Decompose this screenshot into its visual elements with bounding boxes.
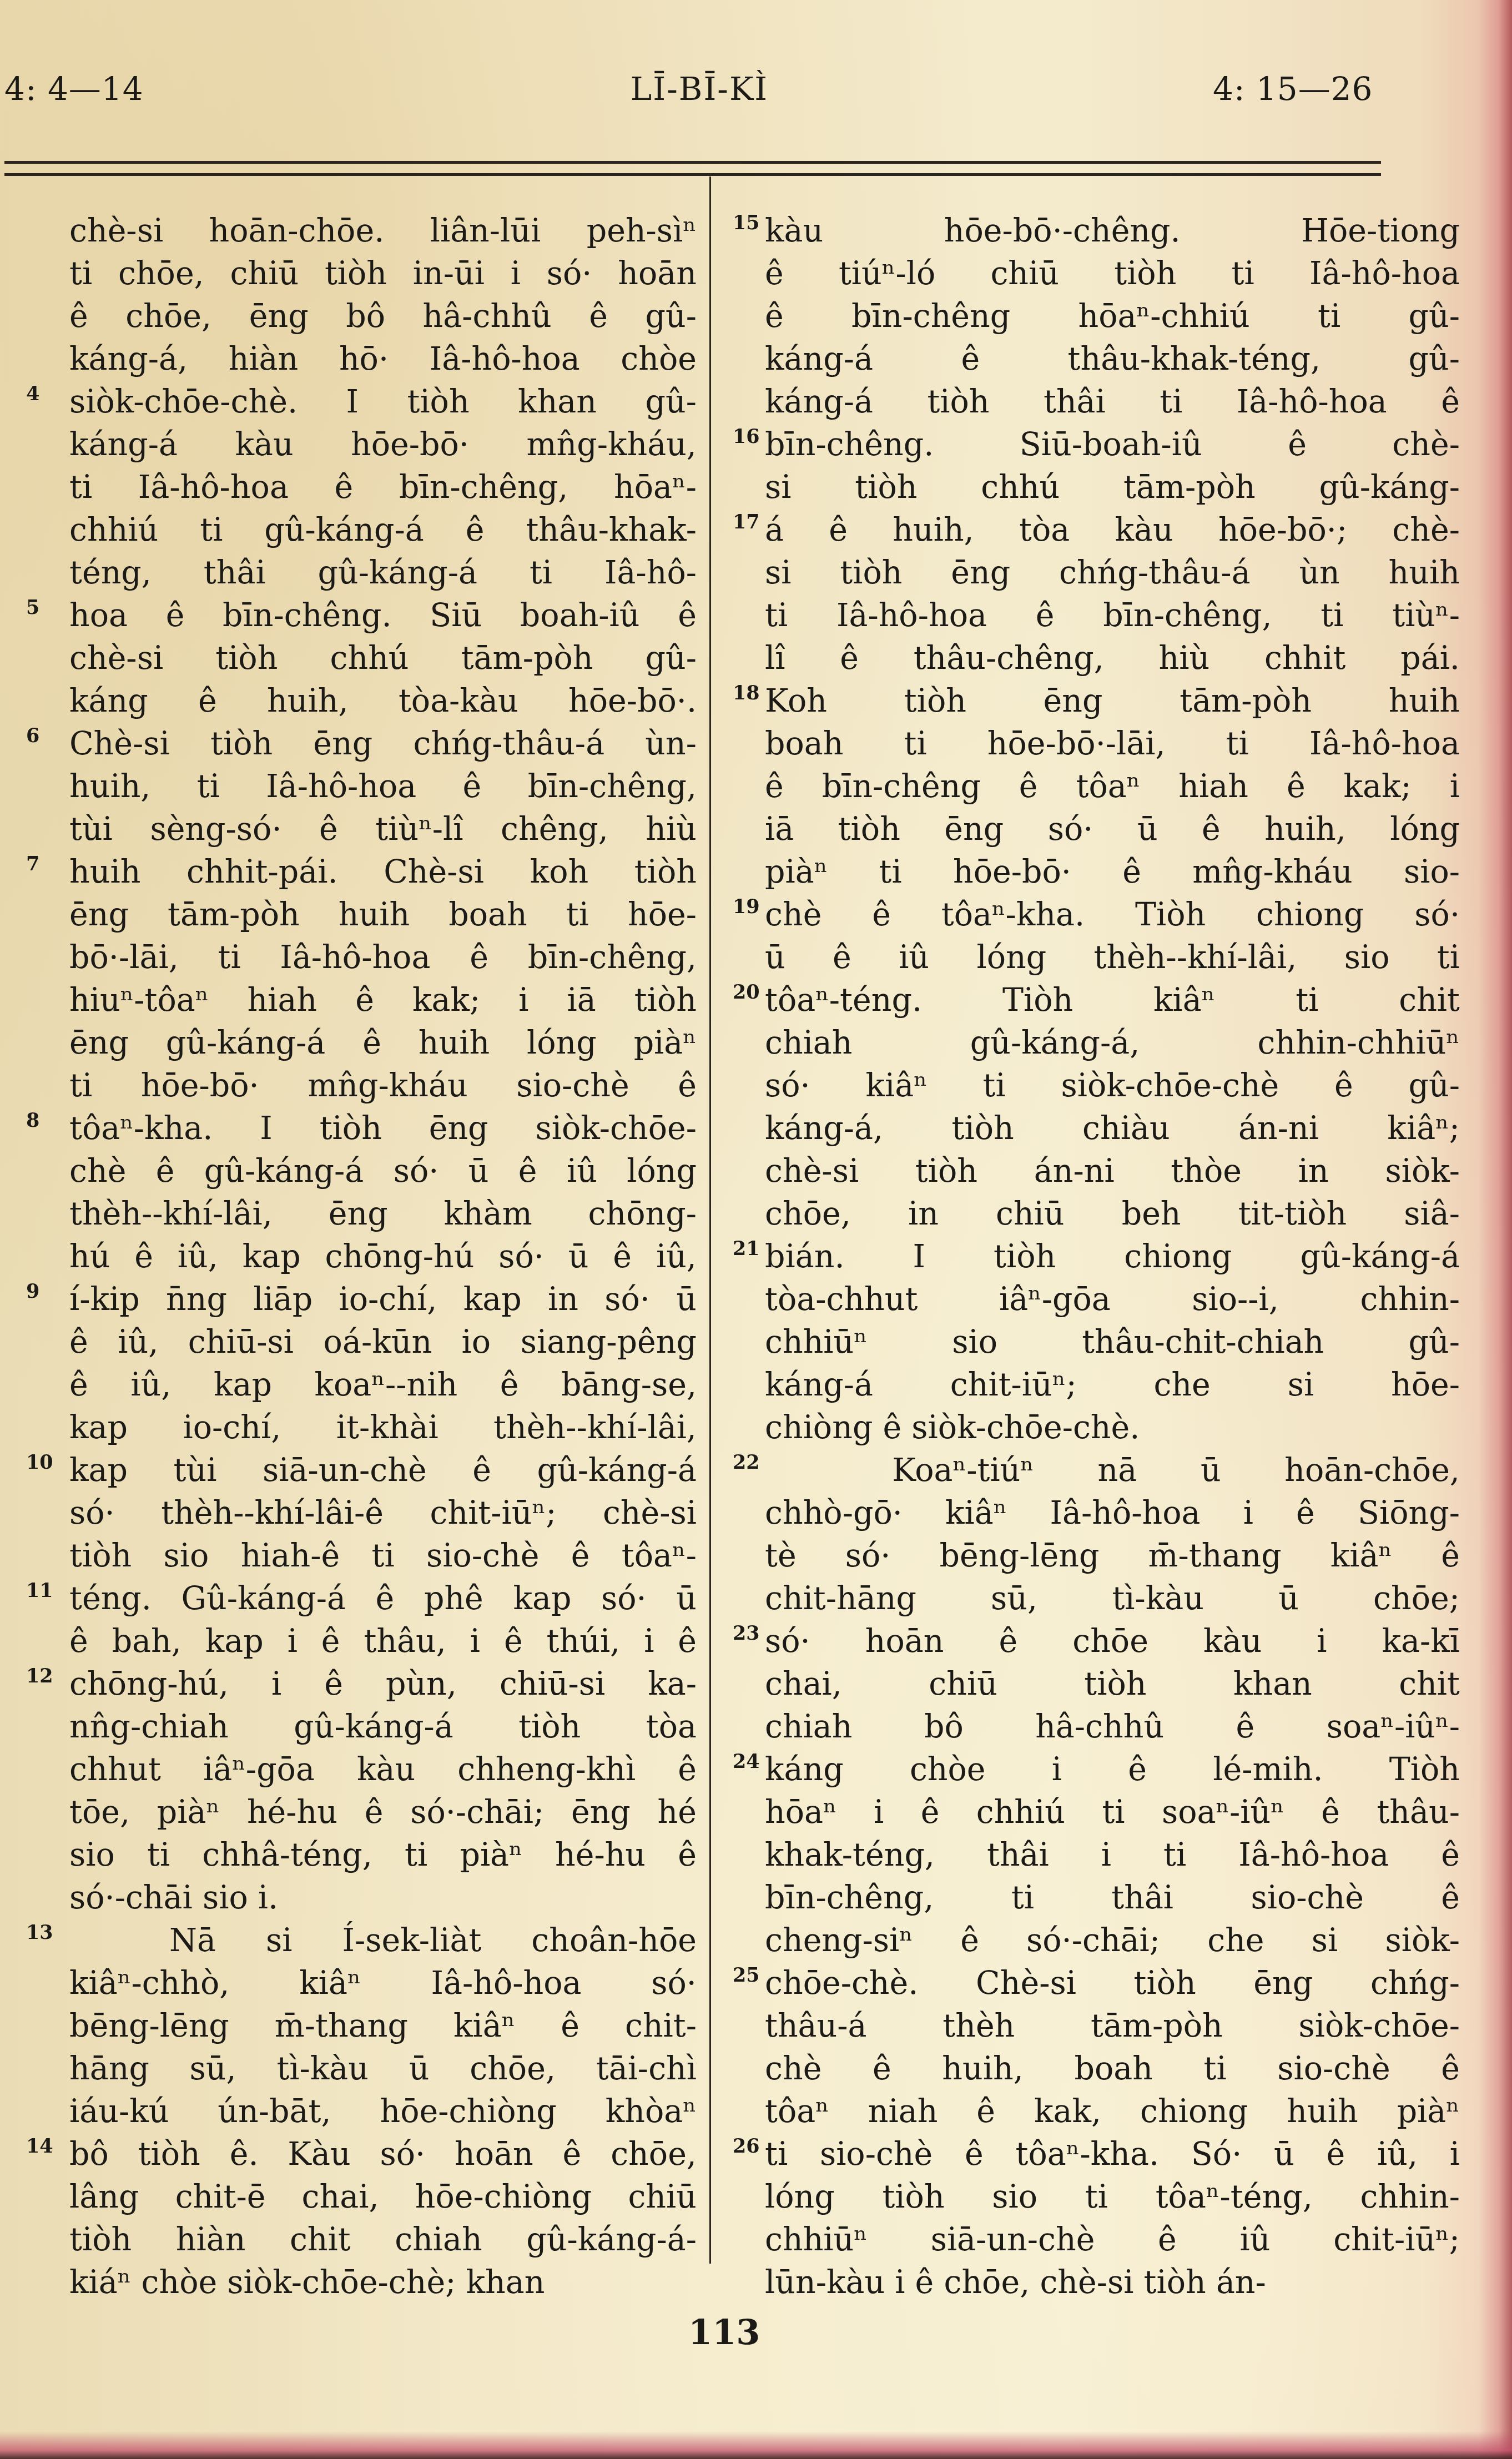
- verse-text: káng-á ê thâu-khak-téng, gû-: [765, 341, 1460, 377]
- text-line: tiòh hiàn chit chiah gû-káng-á-: [69, 2219, 697, 2261]
- verse-text: chhut iâⁿ-gōa kàu chheng-khì ê: [69, 1751, 697, 1788]
- verse-text: chōng-hú, i ê pùn, chiū-si ka-: [69, 1666, 697, 1702]
- page-edge-bottom: [0, 2431, 1512, 2459]
- verse-text: khak-téng, thâi i ti Iâ-hô-hoa ê: [765, 1837, 1460, 1873]
- verse-text: í-kip n̄ng liāp io-chí, kap in só· ū: [69, 1281, 697, 1318]
- verse-number: 12: [26, 1660, 53, 1693]
- verse-number: 17: [733, 506, 760, 539]
- text-line: káng-á chit-iūⁿ; che si hōe-: [765, 1364, 1460, 1407]
- text-line: tè só· bēng-lēng m̄-thang kiâⁿ ê: [765, 1535, 1460, 1578]
- verse-number: 24: [733, 1745, 760, 1778]
- verse-number: 25: [733, 1959, 760, 1992]
- verse-text: ê bīn-chêng hōaⁿ-chhiú ti gû-: [765, 298, 1460, 335]
- verse-text: só·-chāi sio i.: [69, 1879, 278, 1916]
- verse-text: iáu-kú ún-bāt, hōe-chiòng khòaⁿ: [69, 2093, 697, 2130]
- text-line: 10kap tùi siā-un-chè ê gû-káng-á: [69, 1449, 697, 1492]
- text-line: chè-si tiòh án-ni thòe in siòk-: [765, 1150, 1460, 1193]
- text-line: kiáⁿ chòe siòk-chōe-chè; khan: [69, 2261, 697, 2304]
- text-line: lóng tiòh sio ti tôaⁿ-téng, chhin-: [765, 2176, 1460, 2219]
- text-line: chiah gû-káng-á, chhin-chhiūⁿ: [765, 1022, 1460, 1065]
- text-line: tùi sèng-só· ê tiùⁿ-lî chêng, hiù: [69, 808, 697, 851]
- text-line: 22 Koaⁿ-tiúⁿ nā ū hoān-chōe,: [765, 1449, 1460, 1492]
- text-line: ê chōe, ēng bô hâ-chhû ê gû-: [69, 295, 697, 338]
- verse-text: tōe, piàⁿ hé-hu ê só·-chāi; ēng hé: [69, 1794, 697, 1831]
- text-line: cheng-siⁿ ê só·-chāi; che si siòk-: [765, 1919, 1460, 1962]
- verse-text: sio ti chhâ-téng, ti piàⁿ hé-hu ê: [69, 1837, 697, 1873]
- page-number: 113: [688, 2312, 760, 2352]
- right-text-column: 15kàu hōe-bō·-chêng. Hōe-tiongê tiúⁿ-ló …: [765, 210, 1460, 2304]
- text-line: 16bīn-chêng. Siū-boah-iû ê chè-: [765, 424, 1460, 466]
- text-line: lūn-kàu i ê chōe, chè-si tiòh án-: [765, 2261, 1460, 2304]
- text-line: lâng chit-ē chai, hōe-chiòng chiū: [69, 2176, 697, 2219]
- verse-text: só· hoān ê chōe kàu i ka-kī: [765, 1623, 1460, 1660]
- verse-text: lî ê thâu-chêng, hiù chhit pái.: [765, 640, 1460, 677]
- text-line: bīn-chêng, ti thâi sio-chè ê: [765, 1877, 1460, 1919]
- text-line: 23só· hoān ê chōe kàu i ka-kī: [765, 1620, 1460, 1663]
- verse-number: 16: [733, 420, 760, 453]
- verse-text: huih chhit-pái. Chè-si koh tiòh: [69, 854, 697, 890]
- verse-text: kàu hōe-bō·-chêng. Hōe-tiong: [765, 213, 1460, 249]
- verse-text: káng-á chit-iūⁿ; che si hōe-: [765, 1367, 1460, 1403]
- running-header-left-reference: 4: 4—14: [4, 67, 144, 111]
- verse-number: 14: [26, 2130, 53, 2163]
- verse-number: 20: [733, 976, 760, 1009]
- verse-text: si tiòh chhú tām-pòh gû-káng-: [765, 469, 1460, 506]
- header-rule-bottom: [4, 173, 1381, 176]
- text-line: ê tiúⁿ-ló chiū tiòh ti Iâ-hô-hoa: [765, 253, 1460, 295]
- verse-text: lóng tiòh sio ti tôaⁿ-téng, chhin-: [765, 2179, 1460, 2215]
- text-line: 11téng. Gû-káng-á ê phê kap só· ū: [69, 1578, 697, 1620]
- verse-text: ēng tām-pòh huih boah ti hōe-: [69, 896, 697, 933]
- text-line: káng ê huih, tòa-kàu hōe-bō·.: [69, 680, 697, 723]
- text-line: iáu-kú ún-bāt, hōe-chiòng khòaⁿ: [69, 2090, 697, 2133]
- verse-text: bián. I tiòh chiong gû-káng-á: [765, 1238, 1460, 1275]
- verse-text: káng-á tiòh thâi ti Iâ-hô-hoa ê: [765, 384, 1460, 420]
- text-line: káng-á tiòh thâi ti Iâ-hô-hoa ê: [765, 381, 1460, 424]
- verse-text: Chè-si tiòh ēng chńg-thâu-á ùn-: [69, 725, 697, 762]
- verse-text: ê iû, chiū-si oá-kūn io siang-pêng: [69, 1324, 697, 1360]
- text-line: ê iû, kap koaⁿ--nih ê bāng-se,: [69, 1364, 697, 1407]
- text-line: chè-si hoān-chōe. liân-lūi peh-sìⁿ: [69, 210, 697, 253]
- text-line: 19chè ê tôaⁿ-kha. Tiòh chiong só·: [765, 894, 1460, 936]
- verse-number: 26: [733, 2130, 760, 2163]
- text-line: ê bīn-chêng ê tôaⁿ hiah ê kak; i: [765, 765, 1460, 808]
- text-line: 13 Nā si Í-sek-liàt choân-hōe: [69, 1919, 697, 1962]
- verse-text: chè-si tiòh án-ni thòe in siòk-: [765, 1153, 1460, 1190]
- text-line: 5hoa ê bīn-chêng. Siū boah-iû ê: [69, 594, 697, 637]
- text-line: chè ê huih, boah ti sio-chè ê: [765, 2048, 1460, 2090]
- verse-text: káng-á, tiòh chiàu án-ni kiâⁿ;: [765, 1110, 1460, 1147]
- text-line: 18Koh tiòh ēng tām-pòh huih: [765, 680, 1460, 723]
- verse-number: 23: [733, 1617, 760, 1650]
- text-line: 21bián. I tiòh chiong gû-káng-á: [765, 1236, 1460, 1278]
- verse-number: 15: [733, 206, 760, 240]
- verse-text: kap tùi siā-un-chè ê gû-káng-á: [69, 1452, 697, 1489]
- text-line: 20tôaⁿ-téng. Tiòh kiâⁿ ti chit: [765, 979, 1460, 1022]
- verse-text: téng, thâi gû-káng-á ti Iâ-hô-: [69, 555, 697, 591]
- verse-text: chè-si hoān-chōe. liân-lūi peh-sìⁿ: [69, 213, 697, 249]
- text-line: piàⁿ ti hōe-bō· ê mn̂g-kháu sio-: [765, 851, 1460, 894]
- text-line: téng, thâi gû-káng-á ti Iâ-hô-: [69, 552, 697, 594]
- text-line: 24káng chòe i ê lé-mih. Tiòh: [765, 1748, 1460, 1791]
- text-line: chit-hāng sū, tì-kàu ū chōe;: [765, 1578, 1460, 1620]
- text-line: káng-á kàu hōe-bō· mn̂g-kháu,: [69, 424, 697, 466]
- verse-text: só· thèh--khí-lâi-ê chit-iūⁿ; chè-si: [69, 1495, 697, 1531]
- text-line: 9í-kip n̄ng liāp io-chí, kap in só· ū: [69, 1278, 697, 1321]
- verse-number: 21: [733, 1232, 760, 1266]
- verse-text: chiah bô hâ-chhû ê soaⁿ-iûⁿ-: [765, 1709, 1460, 1745]
- text-line: hú ê iû, kap chōng-hú só· ū ê iû,: [69, 1236, 697, 1278]
- text-line: hāng sū, tì-kàu ū chōe, tāi-chì: [69, 2048, 697, 2090]
- text-line: bēng-lēng m̄-thang kiâⁿ ê chit-: [69, 2005, 697, 2048]
- verse-text: Koaⁿ-tiúⁿ nā ū hoān-chōe,: [765, 1452, 1460, 1489]
- text-line: 8tôaⁿ-kha. I tiòh ēng siòk-chōe-: [69, 1107, 697, 1150]
- text-line: só·-chāi sio i.: [69, 1877, 697, 1919]
- text-line: chè-si tiòh chhú tām-pòh gû-: [69, 637, 697, 680]
- verse-text: ti Iâ-hô-hoa ê bīn-chêng, ti tiùⁿ-: [765, 597, 1460, 634]
- verse-text: bō·-lāi, ti Iâ-hô-hoa ê bīn-chêng,: [69, 939, 697, 976]
- verse-number: 13: [26, 1916, 53, 1949]
- verse-text: bēng-lēng m̄-thang kiâⁿ ê chit-: [69, 2008, 697, 2044]
- text-line: si tiòh ēng chńg-thâu-á ùn huih: [765, 552, 1460, 594]
- verse-text: ê bīn-chêng ê tôaⁿ hiah ê kak; i: [765, 768, 1460, 805]
- verse-text: ê iû, kap koaⁿ--nih ê bāng-se,: [69, 1367, 697, 1403]
- verse-text: si tiòh ēng chńg-thâu-á ùn huih: [765, 555, 1460, 591]
- text-line: tiòh sio hiah-ê ti sio-chè ê tôaⁿ-: [69, 1535, 697, 1578]
- verse-number: 11: [26, 1574, 53, 1608]
- verse-text: bīn-chêng, ti thâi sio-chè ê: [765, 1879, 1460, 1916]
- text-line: ti chōe, chiū tiòh in-ūi i só· hoān: [69, 253, 697, 295]
- verse-text: téng. Gû-káng-á ê phê kap só· ū: [69, 1580, 697, 1617]
- verse-text: lâng chit-ē chai, hōe-chiòng chiū: [69, 2179, 697, 2215]
- verse-number: 8: [26, 1104, 39, 1137]
- text-line: iā tiòh ēng só· ū ê huih, lóng: [765, 808, 1460, 851]
- text-line: si tiòh chhú tām-pòh gû-káng-: [765, 466, 1460, 509]
- page-edge-right: [1479, 0, 1512, 2459]
- verse-text: ti hōe-bō· mn̂g-kháu sio-chè ê: [69, 1067, 697, 1104]
- text-line: só· thèh--khí-lâi-ê chit-iūⁿ; chè-si: [69, 1492, 697, 1535]
- verse-text: ê bah, kap i ê thâu, i ê thúi, i ê: [69, 1623, 697, 1660]
- column-divider: [709, 177, 711, 2264]
- verse-number: 5: [26, 591, 39, 624]
- text-line: só· kiâⁿ ti siòk-chōe-chè ê gû-: [765, 1065, 1460, 1107]
- verse-text: Koh tiòh ēng tām-pòh huih: [765, 683, 1460, 719]
- verse-text: chiah gû-káng-á, chhin-chhiūⁿ: [765, 1025, 1460, 1061]
- text-line: 4siòk-chōe-chè. I tiòh khan gû-: [69, 381, 697, 424]
- verse-text: ti Iâ-hô-hoa ê bīn-chêng, hōaⁿ-: [69, 469, 697, 506]
- text-line: chai, chiū tiòh khan chit: [765, 1663, 1460, 1706]
- text-line: káng-á, tiòh chiàu án-ni kiâⁿ;: [765, 1107, 1460, 1150]
- verse-number: 10: [26, 1446, 53, 1479]
- verse-text: chhiūⁿ sio thâu-chit-chiah gû-: [765, 1324, 1460, 1360]
- verse-text: káng ê huih, tòa-kàu hōe-bō·.: [69, 683, 697, 719]
- text-line: 12chōng-hú, i ê pùn, chiū-si ka-: [69, 1663, 697, 1706]
- verse-text: káng-á, hiàn hō· Iâ-hô-hoa chòe: [69, 341, 697, 377]
- text-line: ti hōe-bō· mn̂g-kháu sio-chè ê: [69, 1065, 697, 1107]
- verse-text: kiâⁿ-chhò, kiâⁿ Iâ-hô-hoa só·: [69, 1965, 697, 2002]
- verse-number: 4: [26, 377, 39, 411]
- text-line: ê iû, chiū-si oá-kūn io siang-pêng: [69, 1321, 697, 1364]
- text-line: ēng tām-pòh huih boah ti hōe-: [69, 894, 697, 936]
- verse-number: 18: [733, 677, 760, 710]
- text-line: káng-á, hiàn hō· Iâ-hô-hoa chòe: [69, 338, 697, 381]
- text-line: ti Iâ-hô-hoa ê bīn-chêng, ti tiùⁿ-: [765, 594, 1460, 637]
- text-line: thâu-á thèh tām-pòh siòk-chōe-: [765, 2005, 1460, 2048]
- verse-text: Nā si Í-sek-liàt choân-hōe: [69, 1922, 697, 1959]
- text-line: chè ê gû-káng-á só· ū ê iû lóng: [69, 1150, 697, 1193]
- text-line: 14bô tiòh ê. Kàu só· hoān ê chōe,: [69, 2133, 697, 2176]
- verse-text: hiuⁿ-tôaⁿ hiah ê kak; i iā tiòh: [69, 982, 697, 1019]
- verse-text: chiòng ê siòk-chōe-chè.: [765, 1409, 1140, 1446]
- text-line: kap io-chí, it-khài thèh--khí-lâi,: [69, 1407, 697, 1449]
- verse-text: hāng sū, tì-kàu ū chōe, tāi-chì: [69, 2050, 697, 2087]
- verse-text: siòk-chōe-chè. I tiòh khan gû-: [69, 384, 697, 420]
- verse-text: chhiūⁿ siā-un-chè ê iû chit-iūⁿ;: [765, 2221, 1460, 2258]
- text-line: sio ti chhâ-téng, ti piàⁿ hé-hu ê: [69, 1834, 697, 1877]
- text-line: hōaⁿ i ê chhiú ti soaⁿ-iûⁿ ê thâu-: [765, 1791, 1460, 1834]
- text-line: huih, ti Iâ-hô-hoa ê bīn-chêng,: [69, 765, 697, 808]
- verse-text: ēng gû-káng-á ê huih lóng piàⁿ: [69, 1025, 697, 1061]
- verse-text: ê chōe, ēng bô hâ-chhû ê gû-: [69, 298, 697, 335]
- text-line: chhiūⁿ siā-un-chè ê iû chit-iūⁿ;: [765, 2219, 1460, 2261]
- text-line: tōe, piàⁿ hé-hu ê só·-chāi; ēng hé: [69, 1791, 697, 1834]
- verse-text: piàⁿ ti hōe-bō· ê mn̂g-kháu sio-: [765, 854, 1460, 890]
- text-line: 7huih chhit-pái. Chè-si koh tiòh: [69, 851, 697, 894]
- verse-text: ê tiúⁿ-ló chiū tiòh ti Iâ-hô-hoa: [765, 255, 1460, 292]
- verse-text: tòa-chhut iâⁿ-gōa sio--i, chhin-: [765, 1281, 1460, 1318]
- text-line: boah ti hōe-bō·-lāi, ti Iâ-hô-hoa: [765, 723, 1460, 765]
- text-line: bō·-lāi, ti Iâ-hô-hoa ê bīn-chêng,: [69, 936, 697, 979]
- text-line: 15kàu hōe-bō·-chêng. Hōe-tiong: [765, 210, 1460, 253]
- verse-number: 19: [733, 890, 760, 924]
- verse-text: tè só· bēng-lēng m̄-thang kiâⁿ ê: [765, 1538, 1460, 1574]
- text-line: chhiú ti gû-káng-á ê thâu-khak-: [69, 509, 697, 552]
- scanned-page: 4: 4—14 LĪ-BĪ-KÌ 4: 15—26 chè-si hoān-ch…: [0, 0, 1512, 2459]
- left-text-column: chè-si hoān-chōe. liân-lūi peh-sìⁿti chō…: [69, 210, 697, 2304]
- text-line: ti Iâ-hô-hoa ê bīn-chêng, hōaⁿ-: [69, 466, 697, 509]
- text-line: ēng gû-káng-á ê huih lóng piàⁿ: [69, 1022, 697, 1065]
- text-line: ū ê iû lóng thèh--khí-lâi, sio ti: [765, 936, 1460, 979]
- text-line: chhut iâⁿ-gōa kàu chheng-khì ê: [69, 1748, 697, 1791]
- verse-text: tiòh hiàn chit chiah gû-káng-á-: [69, 2221, 697, 2258]
- text-line: thèh--khí-lâi, ēng khàm chōng-: [69, 1193, 697, 1236]
- verse-text: huih, ti Iâ-hô-hoa ê bīn-chêng,: [69, 768, 697, 805]
- verse-text: bīn-chêng. Siū-boah-iû ê chè-: [765, 426, 1460, 463]
- text-line: 6Chè-si tiòh ēng chńg-thâu-á ùn-: [69, 723, 697, 765]
- text-line: ê bah, kap i ê thâu, i ê thúi, i ê: [69, 1620, 697, 1663]
- text-line: chiah bô hâ-chhû ê soaⁿ-iûⁿ-: [765, 1706, 1460, 1748]
- verse-text: ti chōe, chiū tiòh in-ūi i só· hoān: [69, 255, 697, 292]
- verse-number: 6: [26, 719, 39, 753]
- text-line: ê bīn-chêng hōaⁿ-chhiú ti gû-: [765, 295, 1460, 338]
- text-line: tôaⁿ niah ê kak, chiong huih piàⁿ: [765, 2090, 1460, 2133]
- verse-text: chai, chiū tiòh khan chit: [765, 1666, 1460, 1702]
- verse-text: lūn-kàu i ê chōe, chè-si tiòh án-: [765, 2264, 1266, 2301]
- verse-text: tôaⁿ-téng. Tiòh kiâⁿ ti chit: [765, 982, 1460, 1019]
- verse-text: tôaⁿ-kha. I tiòh ēng siòk-chōe-: [69, 1110, 697, 1147]
- verse-text: tôaⁿ niah ê kak, chiong huih piàⁿ: [765, 2093, 1460, 2130]
- verse-text: tiòh sio hiah-ê ti sio-chè ê tôaⁿ-: [69, 1538, 697, 1574]
- verse-text: boah ti hōe-bō·-lāi, ti Iâ-hô-hoa: [765, 725, 1460, 762]
- verse-text: káng-á kàu hōe-bō· mn̂g-kháu,: [69, 426, 697, 463]
- verse-text: hōaⁿ i ê chhiú ti soaⁿ-iûⁿ ê thâu-: [765, 1794, 1460, 1831]
- verse-text: ti sio-chè ê tôaⁿ-kha. Só· ū ê iû, i: [765, 2136, 1460, 2173]
- verse-text: só· kiâⁿ ti siòk-chōe-chè ê gû-: [765, 1067, 1460, 1104]
- verse-number: 9: [26, 1275, 39, 1308]
- verse-text: chè-si tiòh chhú tām-pòh gû-: [69, 640, 697, 677]
- verse-text: á ê huih, tòa kàu hōe-bō·; chè-: [765, 512, 1460, 548]
- text-line: khak-téng, thâi i ti Iâ-hô-hoa ê: [765, 1834, 1460, 1877]
- verse-number: 22: [733, 1446, 760, 1479]
- text-line: 26ti sio-chè ê tôaⁿ-kha. Só· ū ê iû, i: [765, 2133, 1460, 2176]
- verse-text: hú ê iû, kap chōng-hú só· ū ê iû,: [69, 1238, 697, 1275]
- verse-text: chit-hāng sū, tì-kàu ū chōe;: [765, 1580, 1460, 1617]
- text-line: kiâⁿ-chhò, kiâⁿ Iâ-hô-hoa só·: [69, 1962, 697, 2005]
- text-line: chōe, in chiū beh tit-tiòh siâ-: [765, 1193, 1460, 1236]
- text-line: 25chōe-chè. Chè-si tiòh ēng chńg-: [765, 1962, 1460, 2005]
- verse-number: 7: [26, 848, 39, 881]
- verse-text: thâu-á thèh tām-pòh siòk-chōe-: [765, 2008, 1460, 2044]
- text-line: nn̂g-chiah gû-káng-á tiòh tòa: [69, 1706, 697, 1748]
- text-line: 17á ê huih, tòa kàu hōe-bō·; chè-: [765, 509, 1460, 552]
- verse-text: hoa ê bīn-chêng. Siū boah-iû ê: [69, 597, 697, 634]
- verse-text: cheng-siⁿ ê só·-chāi; che si siòk-: [765, 1922, 1460, 1959]
- verse-text: bô tiòh ê. Kàu só· hoān ê chōe,: [69, 2136, 697, 2173]
- verse-text: nn̂g-chiah gû-káng-á tiòh tòa: [69, 1709, 697, 1745]
- running-header-book-title: LĪ-BĪ-KÌ: [599, 67, 799, 111]
- verse-text: chè ê tôaⁿ-kha. Tiòh chiong só·: [765, 896, 1460, 933]
- verse-text: chhiú ti gû-káng-á ê thâu-khak-: [69, 512, 697, 548]
- verse-text: iā tiòh ēng só· ū ê huih, lóng: [765, 811, 1460, 848]
- running-header-right-reference: 4: 15—26: [1213, 67, 1373, 111]
- text-line: chhiūⁿ sio thâu-chit-chiah gû-: [765, 1321, 1460, 1364]
- verse-text: chōe-chè. Chè-si tiòh ēng chńg-: [765, 1965, 1460, 2002]
- verse-text: chè ê gû-káng-á só· ū ê iû lóng: [69, 1153, 697, 1190]
- text-line: hiuⁿ-tôaⁿ hiah ê kak; i iā tiòh: [69, 979, 697, 1022]
- text-line: tòa-chhut iâⁿ-gōa sio--i, chhin-: [765, 1278, 1460, 1321]
- verse-text: chhò-gō· kiâⁿ Iâ-hô-hoa i ê Siōng-: [765, 1495, 1460, 1531]
- text-line: káng-á ê thâu-khak-téng, gû-: [765, 338, 1460, 381]
- header-rule-top: [4, 161, 1381, 164]
- text-line: chhò-gō· kiâⁿ Iâ-hô-hoa i ê Siōng-: [765, 1492, 1460, 1535]
- verse-text: chè ê huih, boah ti sio-chè ê: [765, 2050, 1460, 2087]
- verse-text: chōe, in chiū beh tit-tiòh siâ-: [765, 1196, 1460, 1232]
- verse-text: thèh--khí-lâi, ēng khàm chōng-: [69, 1196, 697, 1232]
- text-line: chiòng ê siòk-chōe-chè.: [765, 1407, 1460, 1449]
- text-line: lî ê thâu-chêng, hiù chhit pái.: [765, 637, 1460, 680]
- verse-text: ū ê iû lóng thèh--khí-lâi, sio ti: [765, 939, 1460, 976]
- verse-text: kiáⁿ chòe siòk-chōe-chè; khan: [69, 2264, 545, 2301]
- verse-text: tùi sèng-só· ê tiùⁿ-lî chêng, hiù: [69, 811, 697, 848]
- verse-text: káng chòe i ê lé-mih. Tiòh: [765, 1751, 1460, 1788]
- verse-text: kap io-chí, it-khài thèh--khí-lâi,: [69, 1409, 697, 1446]
